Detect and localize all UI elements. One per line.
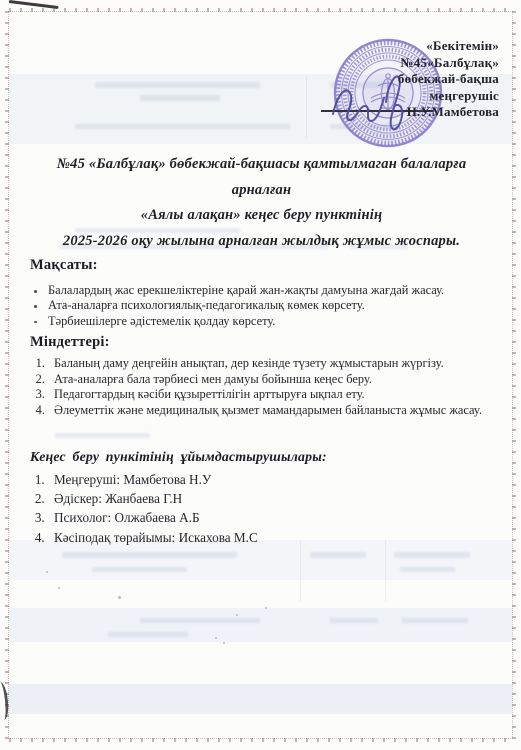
- organizers-list: Меңгеруші: Мамбетова Н.У Әдіскер: Жанбае…: [28, 470, 501, 547]
- goals-heading: Мақсаты:: [30, 257, 98, 274]
- document-title: №45 «Балбұлақ» бөбекжай-бақшасы қамтылма…: [28, 152, 495, 254]
- list-item: Балалардың жас ерекшеліктеріне қарай жан…: [48, 283, 501, 298]
- title-line: «Аялы алақан» кеңес беру пунктінің: [28, 203, 495, 229]
- tasks-heading: Міндеттері:: [30, 334, 110, 351]
- list-item: Баланың даму деңгейін анықтап, дер кезін…: [48, 356, 501, 372]
- approval-line: «Бекітемін»: [279, 38, 499, 55]
- approval-signatory-name: Н.У.Мамбетова: [279, 104, 499, 121]
- list-item: Меңгеруші: Мамбетова Н.У: [48, 470, 501, 489]
- list-item: Психолог: Олжабаева А.Б: [48, 508, 501, 527]
- title-line: №45 «Балбұлақ» бөбекжай-бақшасы қамтылма…: [28, 152, 495, 203]
- tasks-list: Баланың даму деңгейін анықтап, дер кезін…: [28, 356, 501, 418]
- approval-line: меңгерушіс: [279, 88, 499, 105]
- goals-list: Балалардың жас ерекшеліктеріне қарай жан…: [28, 283, 501, 329]
- list-item: Ата-аналарға психологиялық-педагогикалық…: [48, 298, 501, 313]
- approval-line: бөбекжай-бақша: [279, 71, 499, 88]
- list-item: Әдіскер: Жанбаева Г.Н: [48, 489, 501, 508]
- list-item: Әлеуметтік және медициналық қызмет маман…: [48, 403, 501, 419]
- scanned-document-page: { "approval": { "line1": "«Бекітемін»", …: [0, 0, 521, 750]
- approval-line: №45«Балбұлақ»: [279, 55, 499, 72]
- list-item: Педагогтардың кәсіби құзыреттілігін артт…: [48, 387, 501, 403]
- list-item: Ата-аналарға бала тәрбиесі мен дамуы бой…: [48, 372, 501, 388]
- approval-block: «Бекітемін» №45«Балбұлақ» бөбекжай-бақша…: [279, 38, 499, 121]
- list-item: Тәрбиешілерге әдістемелік қолдау көрсету…: [48, 314, 501, 329]
- list-item: Кәсіподақ төрайымы: Искахова М.С: [48, 528, 501, 547]
- organizers-heading: Кеңес беру пункітінің ұйымдастырушылары:: [30, 449, 327, 465]
- title-line: 2025-2026 оқу жылына арналған жылдық жұм…: [28, 229, 495, 255]
